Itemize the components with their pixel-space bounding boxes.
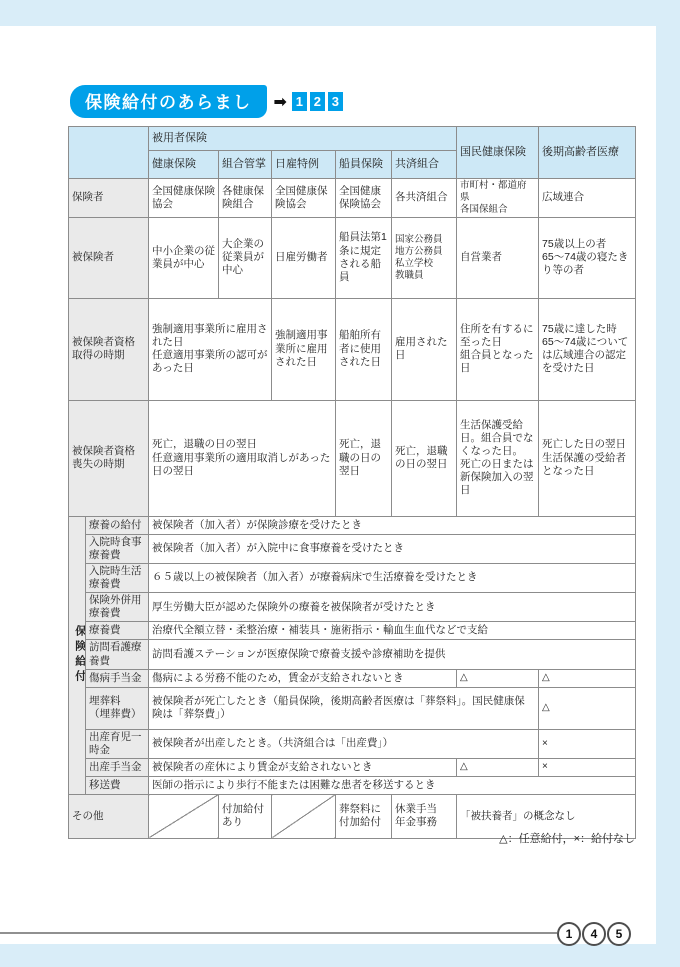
cell: 全国健康保険協会 xyxy=(272,179,336,218)
cell: 強制適用事業所に雇用された日 xyxy=(272,298,336,400)
row-label: 出産手当金 xyxy=(86,758,149,776)
page-number-circle: 5 xyxy=(607,922,631,946)
cell: 全国健康保険協会 xyxy=(336,179,392,218)
cell: 日雇労働者 xyxy=(272,217,336,298)
page-number-circles: 1 4 5 xyxy=(556,922,631,946)
row-insured: 被保険者 中小企業の従業員が中心 大企業の従業員が中心 日雇労働者 船員法第1条… xyxy=(69,217,636,298)
cell: 住所を有するに至った日 組合員となった日 xyxy=(457,298,539,400)
cell: 訪問看護ステーションが医療保険で療養支援や診療補助を提供 xyxy=(149,640,636,669)
row-label: 傷病手当金 xyxy=(86,669,149,687)
mark-kouki: △ xyxy=(539,669,636,687)
row-label: 出産育児一時金 xyxy=(86,729,149,758)
header-senin: 船員保険 xyxy=(336,151,392,179)
row-loss: 被保険者資格 喪失の時期 死亡，退職の日の翌日 任意適用事業所の適用取消しがあっ… xyxy=(69,400,636,516)
row-label: 入院時食事療養費 xyxy=(86,534,149,563)
cell: 大企業の従業員が中心 xyxy=(219,217,272,298)
title-page-refs: 1 2 3 xyxy=(292,92,343,111)
header-kouki: 後期高齢者医療 xyxy=(539,127,636,179)
cell: 厚生労働大臣が認めた保険外の療養を被保険者が受けたとき xyxy=(149,593,636,622)
cell: 船員法第1条に規定される船員 xyxy=(336,217,392,298)
cell: 死亡した日の翌日 生活保護の受給者となった日 xyxy=(539,400,636,516)
header-hiyatoi: 日雇特例 xyxy=(272,151,336,179)
header-employee-group: 被用者保険 xyxy=(149,127,457,151)
header-kenpo: 健康保険 xyxy=(149,151,219,179)
row-label: 被保険者資格 取得の時期 xyxy=(69,298,149,400)
cell: 市町村・都道府県 各国保組合 xyxy=(457,179,539,218)
table-header-row-1: 被用者保険 国民健康保険 後期高齢者医療 xyxy=(69,127,636,151)
cell: 中小企業の従業員が中心 xyxy=(149,217,219,298)
row-label: 移送費 xyxy=(86,776,149,794)
page-number-circle: 1 xyxy=(557,922,581,946)
arrow-right-icon: ➡ xyxy=(274,92,287,112)
row-insurer: 保険者 全国健康保険協会 各健康保険組合 全国健康保険協会 全国健康保険協会 各… xyxy=(69,179,636,218)
cell: 治療代全額立替・柔整治療・補装具・施術指示・輸血生血代などで支給 xyxy=(149,622,636,640)
scanned-page: { "page": { "title": "保険給付のあらまし", "title… xyxy=(0,0,680,967)
mark-kokuho: △ xyxy=(457,758,539,776)
row-benefit-ryoyo-kyufu: 保険給付 療養の給付 被保険者（加入者）が保険診療を受けたとき xyxy=(69,516,636,534)
legend-footnote: △：任意給付，×：給付なし xyxy=(68,830,635,846)
row-benefit-nyuin-shokuji: 入院時食事療養費 被保険者（加入者）が入院中に食事療養を受けたとき xyxy=(69,534,636,563)
cell: 傷病による労務不能のため，賃金が支給されないとき xyxy=(149,669,457,687)
insurance-benefits-table: 被用者保険 国民健康保険 後期高齢者医療 健康保険 組合管掌 日雇特例 船員保険… xyxy=(68,126,636,839)
cell: 全国健康保険協会 xyxy=(149,179,219,218)
cell: 被保険者の産休により賃金が支給されないとき xyxy=(149,758,457,776)
cell: 自営業者 xyxy=(457,217,539,298)
page-number-circle: 4 xyxy=(582,922,606,946)
cell: 死亡，退職の日の翌日 任意適用事業所の適用取消しがあった日の翌日 xyxy=(149,400,336,516)
mark-kouki: × xyxy=(539,758,636,776)
row-benefit-ryoyohi: 療養費 治療代全額立替・柔整治療・補装具・施術指示・輸血生血代などで支給 xyxy=(69,622,636,640)
page-ref-box: 3 xyxy=(328,92,343,111)
cell: 船舶所有者に使用された日 xyxy=(336,298,392,400)
row-label: 被保険者 xyxy=(69,217,149,298)
row-label: 埋葬料 （埋葬費） xyxy=(86,687,149,729)
cell: 被保険者（加入者）が保険診療を受けたとき xyxy=(149,516,636,534)
row-label: 入院時生活療養費 xyxy=(86,563,149,592)
row-benefit-shobyo-teate: 傷病手当金 傷病による労務不能のため，賃金が支給されないとき △ △ xyxy=(69,669,636,687)
page-ref-box: 1 xyxy=(292,92,307,111)
cell: 各健康保険組合 xyxy=(219,179,272,218)
row-label: 保険者 xyxy=(69,179,149,218)
row-benefit-maisoryo: 埋葬料 （埋葬費） 被保険者が死亡したとき（船員保険，後期高齢者医療は「葬祭料」… xyxy=(69,687,636,729)
header-kokuho: 国民健康保険 xyxy=(457,127,539,179)
row-label: 訪問看護療養費 xyxy=(86,640,149,669)
cell: ６５歳以上の被保険者（加入者）が療養病床で生活療養を受けたとき xyxy=(149,563,636,592)
row-label: 療養の給付 xyxy=(86,516,149,534)
cell: 被保険者（加入者）が入院中に食事療養を受けたとき xyxy=(149,534,636,563)
row-benefit-shussan-teate: 出産手当金 被保険者の産休により賃金が支給されないとき △ × xyxy=(69,758,636,776)
mark-kouki: × xyxy=(539,729,636,758)
row-label: 保険外併用療養費 xyxy=(86,593,149,622)
cell: 各共済組合 xyxy=(392,179,457,218)
footer-rule-line xyxy=(0,932,557,934)
section-title-row: 保険給付のあらまし ➡ 1 2 3 xyxy=(70,85,343,118)
header-kyosai: 共済組合 xyxy=(392,151,457,179)
cell: 医師の指示により歩行不能または困難な患者を移送するとき xyxy=(149,776,636,794)
row-benefit-homon-kango: 訪問看護療養費 訪問看護ステーションが医療保険で療養支援や診療補助を提供 xyxy=(69,640,636,669)
row-label: 療養費 xyxy=(86,622,149,640)
row-benefit-shussan-ichijikin: 出産育児一時金 被保険者が出産したとき。（共済組合は「出産費」） × xyxy=(69,729,636,758)
white-page-area: 保険給付のあらまし ➡ 1 2 3 被用者保険 国民健康保険 後期高齢者医療 健… xyxy=(0,26,656,944)
benefits-group-label: 保険給付 xyxy=(69,516,86,794)
row-benefit-hokengai-heiyo: 保険外併用療養費 厚生労働大臣が認めた保険外の療養を被保険者が受けたとき xyxy=(69,593,636,622)
cell: 広域連合 xyxy=(539,179,636,218)
section-title: 保険給付のあらまし xyxy=(70,85,267,118)
cell: 75歳以上の者 65〜74歳の寝たきり等の者 xyxy=(539,217,636,298)
cell: 死亡，退職の日の翌日 xyxy=(336,400,392,516)
cell: 被保険者が出産したとき。（共済組合は「出産費」） xyxy=(149,729,539,758)
cell: 強制適用事業所に雇用された日 任意適用事業所の認可があった日 xyxy=(149,298,272,400)
mark-kokuho: △ xyxy=(457,669,539,687)
page-ref-box: 2 xyxy=(310,92,325,111)
cell: 死亡，退職の日の翌日 xyxy=(392,400,457,516)
row-benefit-isohi: 移送費 医師の指示により歩行不能または困難な患者を移送するとき xyxy=(69,776,636,794)
mark-kouki: △ xyxy=(539,687,636,729)
header-kumiai: 組合管掌 xyxy=(219,151,272,179)
cell: 被保険者が死亡したとき（船員保険，後期高齢者医療は「葬祭料」。国民健康保険は「葬… xyxy=(149,687,539,729)
cell: 75歳に達した時 65〜74歳については広域連合の認定を受けた日 xyxy=(539,298,636,400)
row-benefit-nyuin-seikatsu: 入院時生活療養費 ６５歳以上の被保険者（加入者）が療養病床で生活療養を受けたとき xyxy=(69,563,636,592)
cell: 国家公務員 地方公務員 私立学校 教職員 xyxy=(392,217,457,298)
row-label: 被保険者資格 喪失の時期 xyxy=(69,400,149,516)
cell: 生活保護受給日。組合員でなくなった日。 死亡の日または新保険加入の翌日 xyxy=(457,400,539,516)
cell: 雇用された日 xyxy=(392,298,457,400)
row-acquisition: 被保険者資格 取得の時期 強制適用事業所に雇用された日 任意適用事業所の認可があ… xyxy=(69,298,636,400)
corner-cell xyxy=(69,127,149,179)
